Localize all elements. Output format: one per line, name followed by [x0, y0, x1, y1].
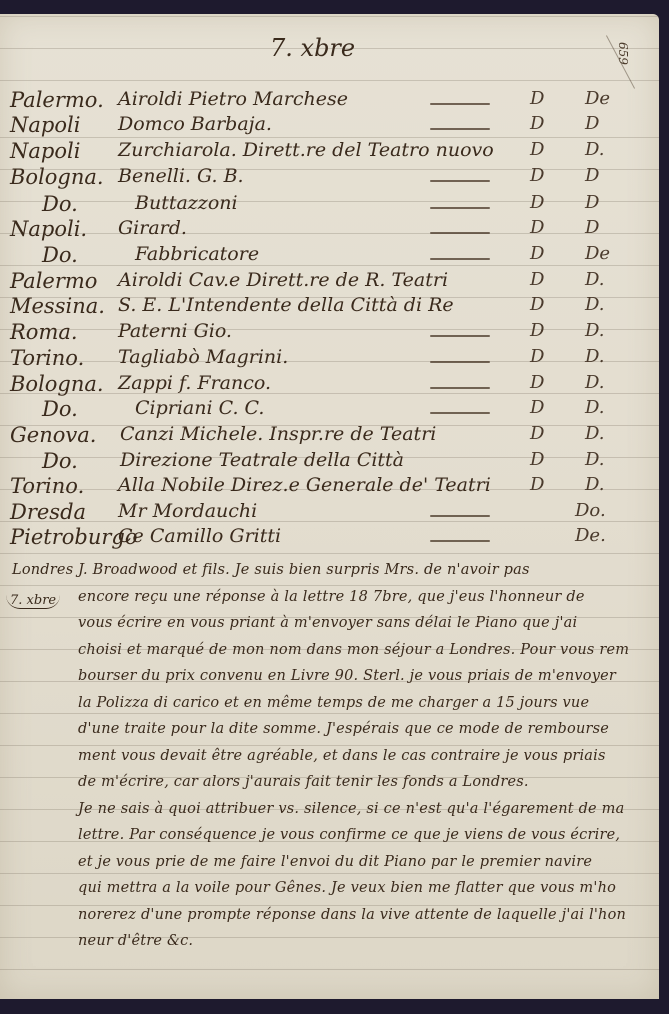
- register-city: Do.: [42, 449, 78, 473]
- ditto-mark: D: [530, 474, 544, 495]
- register-dash: [430, 207, 490, 209]
- register-recipient: Zurchiarola. Dirett.re del Teatro nuovo: [118, 139, 494, 161]
- register-recipient: Cipriani C. C.: [135, 397, 264, 419]
- letter-line: encore reçu une réponse à la lettre 18 7…: [78, 589, 585, 605]
- register-city: Torino.: [10, 346, 84, 370]
- ditto-mark: D.: [585, 269, 605, 290]
- register-entry: Messina.S. E. L'Intendente della Città d…: [0, 294, 659, 320]
- register-dash: [430, 540, 490, 542]
- register-entry: Torino.Tagliabò Magrini.DD.: [0, 346, 659, 372]
- letter-line: Londres J. Broadwood et fils. Je suis bi…: [12, 562, 530, 578]
- register-city: Torino.: [10, 474, 84, 498]
- ditto-mark: D: [530, 449, 544, 470]
- ditto-mark: D: [530, 372, 544, 393]
- register-city: Do.: [42, 192, 78, 216]
- letter-line: norerez d'une prompte réponse dans la vi…: [78, 907, 626, 923]
- letter-line: vous écrire en vous priant à m'envoyer s…: [78, 615, 577, 631]
- register-dash: [430, 103, 490, 105]
- ditto-mark: D.: [585, 423, 605, 444]
- register-city: Napoli.: [10, 217, 87, 241]
- register-entry: NapoliDomco Barbaja.DD: [0, 113, 659, 139]
- register-entry: NapoliZurchiarola. Dirett.re del Teatro …: [0, 139, 659, 165]
- ditto-mark: D: [530, 294, 544, 315]
- letter-line: ment vous devait être agréable, et dans …: [78, 748, 606, 764]
- register-entry: Bologna.Zappi f. Franco.DD.: [0, 372, 659, 398]
- register-entry: PietroburgoCe Camillo GrittiDe.: [0, 525, 659, 551]
- ditto-mark: D.: [585, 294, 605, 315]
- ditto-mark: De: [585, 88, 610, 109]
- ditto-mark: D: [530, 397, 544, 418]
- register-recipient: Buttazzoni: [135, 192, 238, 214]
- ditto-mark: D.: [585, 474, 605, 495]
- register-city: Do.: [42, 397, 78, 421]
- register-dash: [430, 412, 490, 414]
- ditto-mark: D: [530, 165, 544, 186]
- manuscript-page: 7. xbre 659 Palermo.Airoldi Pietro March…: [0, 14, 659, 999]
- register-entry: Roma.Paterni Gio.DD.: [0, 320, 659, 346]
- ditto-mark: D.: [585, 139, 605, 160]
- register-city: Dresda: [10, 500, 86, 524]
- register-entry: DresdaMr MordauchiDo.: [0, 500, 659, 526]
- letter-line: la Polizza di carico et en même temps de…: [78, 695, 589, 711]
- register-entry: Do.Direzione Teatrale della CittàDD.: [0, 449, 659, 475]
- register-city: Napoli: [10, 113, 80, 137]
- ditto-mark: D: [585, 192, 599, 213]
- ditto-mark: D: [530, 139, 544, 160]
- register-city: Messina.: [10, 294, 105, 318]
- register-city: Bologna.: [10, 372, 104, 396]
- letter-line: qui mettra a la voile pour Gênes. Je veu…: [78, 880, 616, 896]
- register-recipient: Airoldi Pietro Marchese: [118, 88, 348, 110]
- ditto-mark: D: [530, 88, 544, 109]
- register-recipient: Tagliabò Magrini.: [118, 346, 288, 368]
- register-recipient: Alla Nobile Direz.e Generale de' Teatri: [118, 474, 491, 496]
- ditto-mark: Do.: [575, 500, 606, 521]
- ditto-mark: D.: [585, 346, 605, 367]
- letter-line: choisi et marqué de mon nom dans mon séj…: [78, 642, 629, 658]
- register-entry: Do.ButtazzoniDD: [0, 192, 659, 218]
- register-recipient: Paterni Gio.: [118, 320, 232, 342]
- register-recipient: Canzi Michele. Inspr.re de Teatri: [120, 423, 436, 445]
- register-city: Roma.: [10, 320, 78, 344]
- ditto-mark: D: [530, 243, 544, 264]
- register-city: Palermo: [10, 269, 97, 293]
- letter-margin-date: 7. xbre: [6, 593, 60, 609]
- letter-line: et je vous prie de me faire l'envoi du d…: [78, 854, 592, 870]
- ditto-mark: D.: [585, 372, 605, 393]
- register-recipient: Direzione Teatrale della Città: [120, 449, 404, 471]
- register-dash: [430, 258, 490, 260]
- ditto-mark: D.: [585, 320, 605, 341]
- register-city: Napoli: [10, 139, 80, 163]
- register-entry: Genova.Canzi Michele. Inspr.re de Teatri…: [0, 423, 659, 449]
- ditto-mark: De.: [575, 525, 606, 546]
- register-entry: Palermo.Airoldi Pietro MarcheseDDe: [0, 88, 659, 114]
- register-dash: [430, 180, 490, 182]
- register-recipient: Fabbricatore: [135, 243, 259, 265]
- register-dash: [430, 232, 490, 234]
- register-entry: Do.Cipriani C. C.DD.: [0, 397, 659, 423]
- ditto-mark: D: [585, 113, 599, 134]
- letter-line: lettre. Par conséquence je vous confirme…: [78, 827, 620, 843]
- register-city: Genova.: [10, 423, 96, 447]
- register-recipient: Ce Camillo Gritti: [118, 525, 281, 547]
- register-recipient: Airoldi Cav.e Dirett.re de R. Teatri: [118, 269, 448, 291]
- register-recipient: Zappi f. Franco.: [118, 372, 271, 394]
- folio-number: 659: [616, 42, 630, 65]
- page-header-date: 7. xbre: [270, 34, 355, 62]
- ditto-mark: D: [530, 346, 544, 367]
- ditto-mark: D: [530, 192, 544, 213]
- register-city: Bologna.: [10, 165, 104, 189]
- ditto-mark: D: [530, 113, 544, 134]
- register-entry: PalermoAiroldi Cav.e Dirett.re de R. Tea…: [0, 269, 659, 295]
- register-city: Palermo.: [10, 88, 104, 112]
- ditto-mark: D.: [585, 449, 605, 470]
- letter-line: d'une traite pour la dite somme. J'espér…: [78, 721, 609, 737]
- register-dash: [430, 361, 490, 363]
- register-dash: [430, 387, 490, 389]
- ditto-mark: De: [585, 243, 610, 264]
- ditto-mark: D: [585, 165, 599, 186]
- ditto-mark: D: [530, 423, 544, 444]
- register-entry: Torino.Alla Nobile Direz.e Generale de' …: [0, 474, 659, 500]
- register-dash: [430, 128, 490, 130]
- ditto-mark: D: [585, 217, 599, 238]
- letter-line: bourser du prix convenu en Livre 90. Ste…: [78, 668, 616, 684]
- register-recipient: Benelli. G. B.: [118, 165, 244, 187]
- register-recipient: Girard.: [118, 217, 187, 239]
- ditto-mark: D.: [585, 397, 605, 418]
- register-recipient: S. E. L'Intendente della Città di Re: [118, 294, 454, 316]
- register-entry: Bologna.Benelli. G. B.DD: [0, 165, 659, 191]
- letter-line: Je ne sais à quoi attribuer vs. silence,…: [78, 801, 624, 817]
- letter-line: neur d'être &c.: [78, 933, 193, 949]
- register-recipient: Domco Barbaja.: [118, 113, 272, 135]
- ditto-mark: D: [530, 217, 544, 238]
- register-dash: [430, 335, 490, 337]
- register-entry: Napoli.Girard.DD: [0, 217, 659, 243]
- register-recipient: Mr Mordauchi: [118, 500, 257, 522]
- ditto-mark: D: [530, 320, 544, 341]
- ditto-mark: D: [530, 269, 544, 290]
- register-city: Do.: [42, 243, 78, 267]
- register-dash: [430, 515, 490, 517]
- register-entry: Do.FabbricatoreDDe: [0, 243, 659, 269]
- letter-line: de m'écrire, car alors j'aurais fait ten…: [78, 774, 529, 790]
